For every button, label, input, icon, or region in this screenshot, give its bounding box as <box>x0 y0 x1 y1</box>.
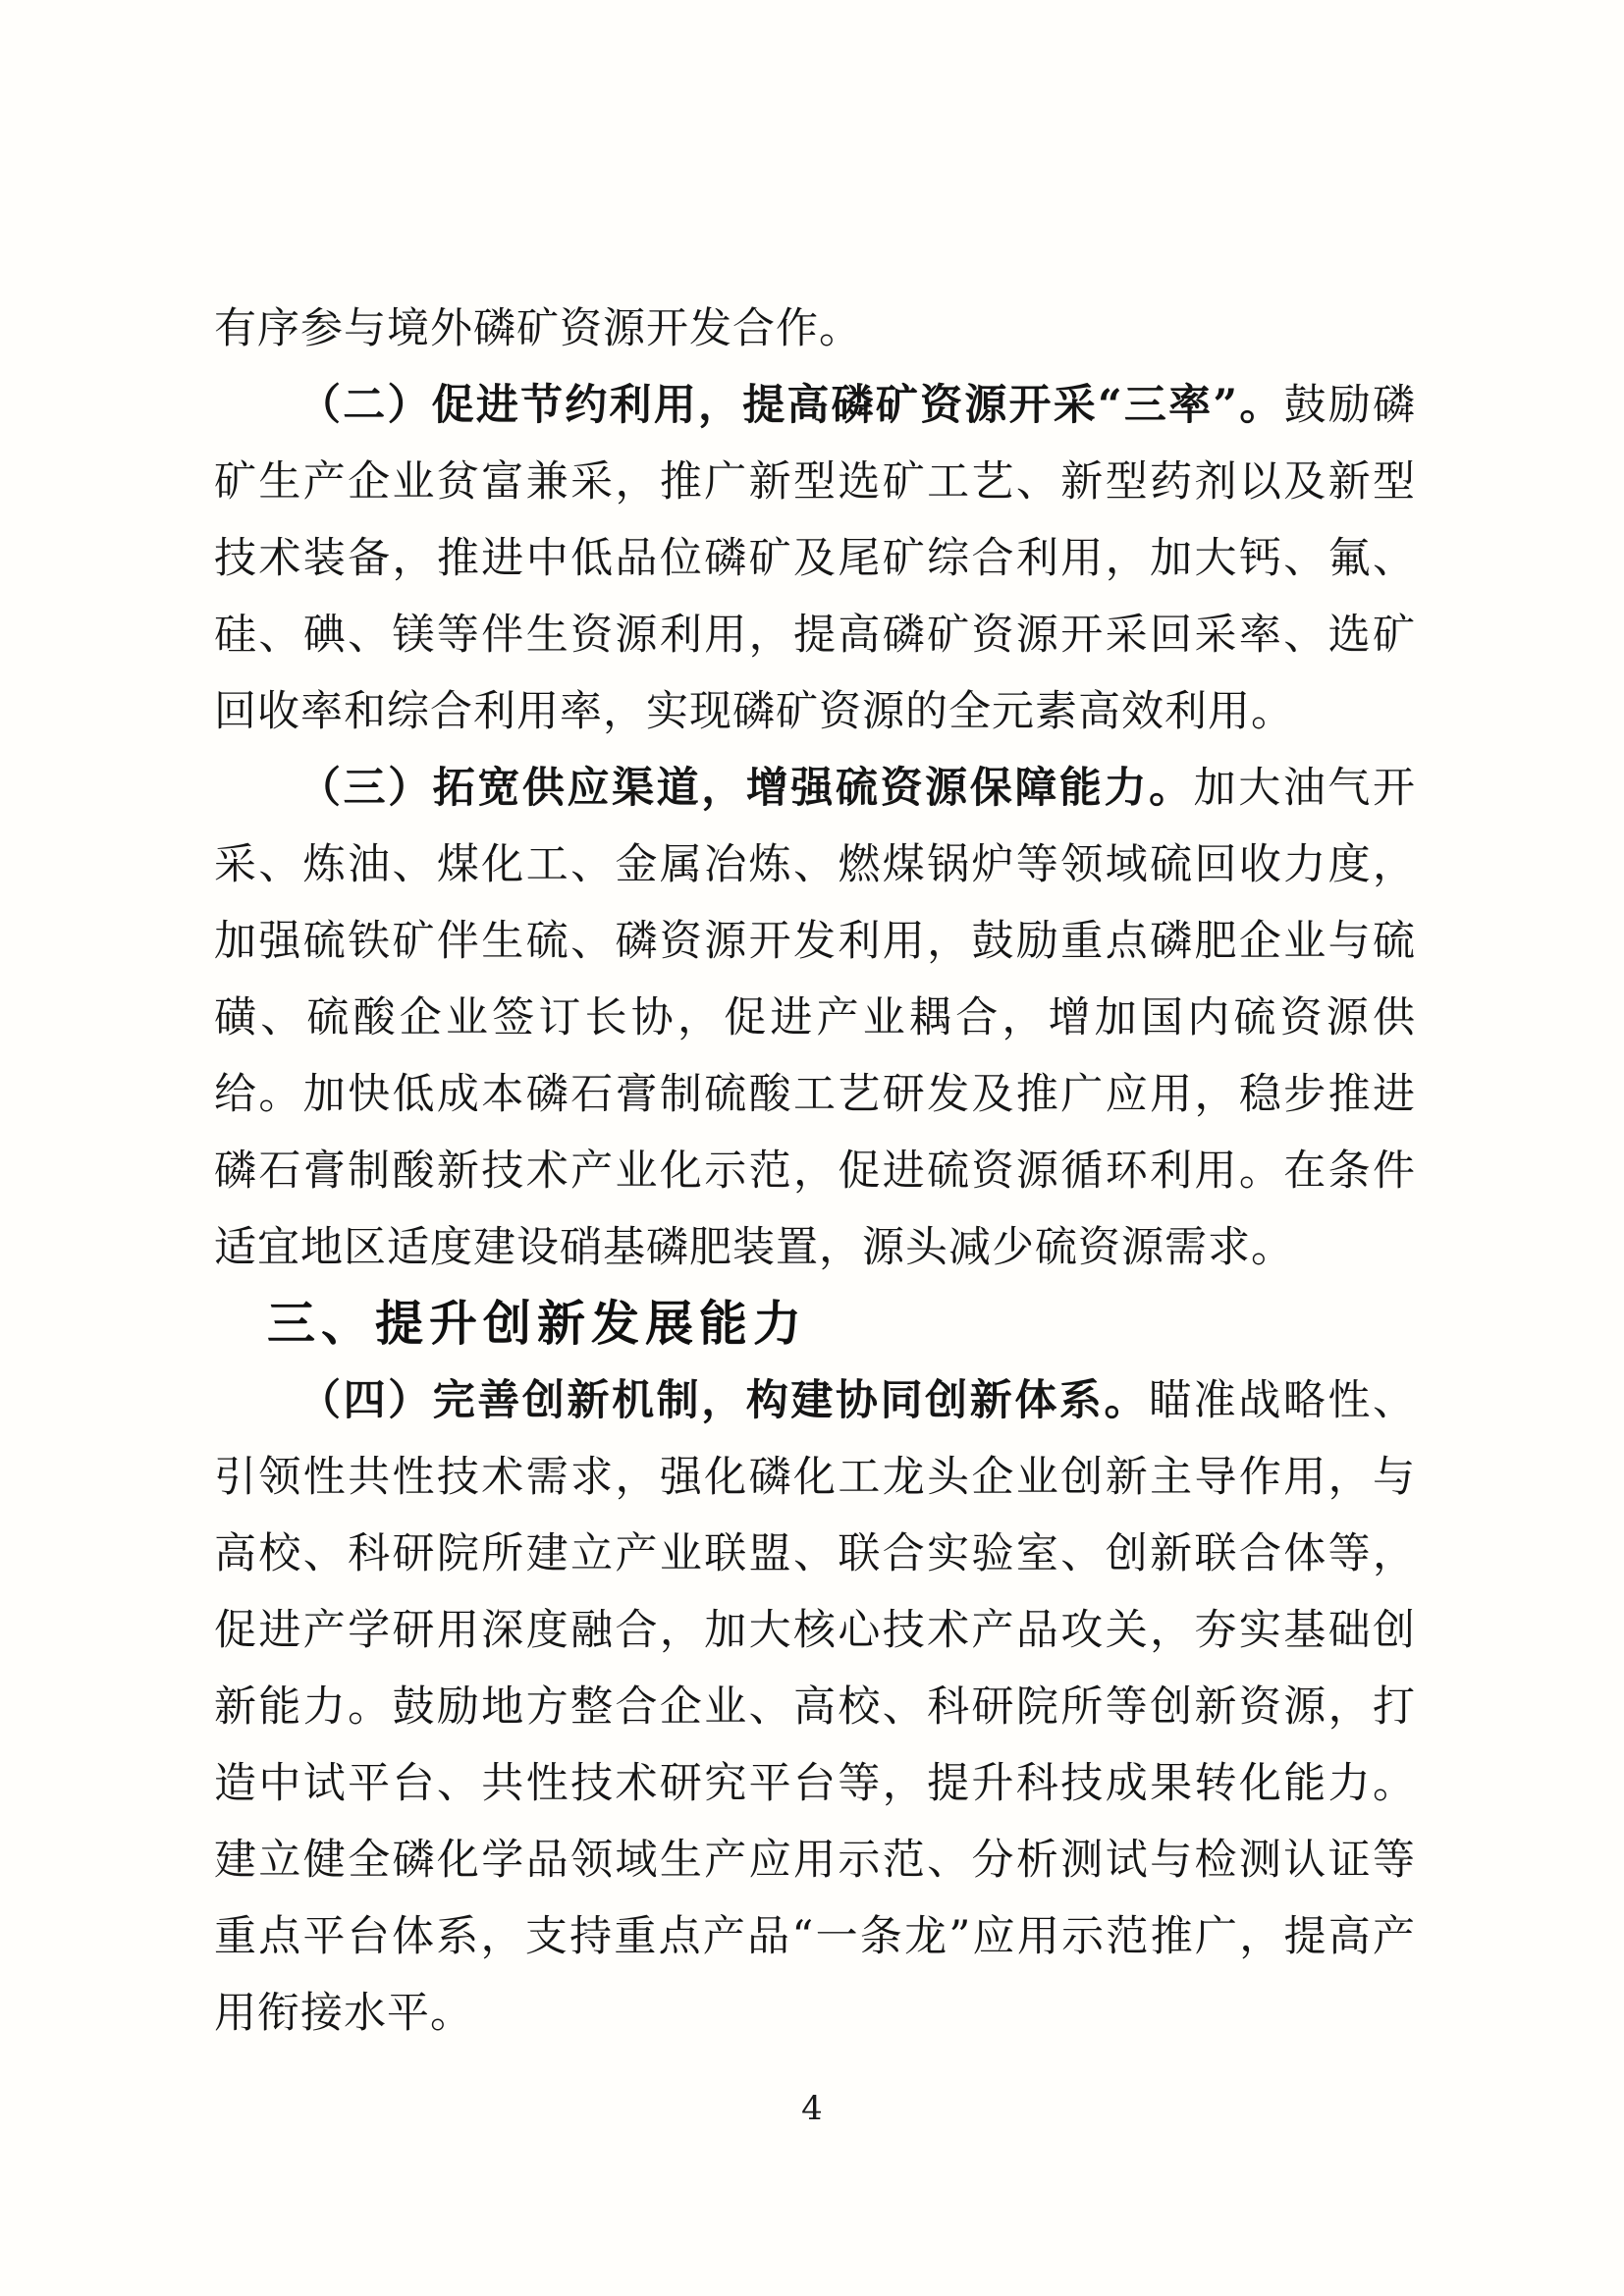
paragraph: （四）完善创新机制，构建协同创新体系。瞄准战略性、引领性共性技术需求，强化磷化工… <box>214 1362 1416 2052</box>
text-run: 有序参与境外磷矿资源开发合作。 <box>214 304 862 353</box>
page-number: 4 <box>801 2089 823 2128</box>
document-body: 有序参与境外磷矿资源开发合作。（二）促进节约利用，提高磷矿资源开采“三率”。鼓励… <box>214 291 1416 2052</box>
paragraph-lead-run: （四）完善创新机制，构建协同创新体系。 <box>298 1376 1149 1425</box>
text-run: 加大油气开采、炼油、煤化工、金属冶炼、燃煤锅炉等领域硫回收力度，加强硫铁矿伴生硫… <box>214 764 1416 1272</box>
paragraph-lead-run: （二）促进节约利用，提高磷矿资源开采“三率”。 <box>298 381 1284 430</box>
paragraph-lead-run: （三）拓宽供应渠道，增强硫资源保障能力。 <box>298 764 1194 813</box>
section-heading: 三、提升创新发展能力 <box>214 1286 1416 1362</box>
page-footer: 4 <box>0 2089 1624 2128</box>
document-page: 有序参与境外磷矿资源开发合作。（二）促进节约利用，提高磷矿资源开采“三率”。鼓励… <box>0 0 1624 2296</box>
paragraph: （二）促进节约利用，提高磷矿资源开采“三率”。鼓励磷矿生产企业贫富兼采，推广新型… <box>214 367 1416 750</box>
text-run: 瞄准战略性、引领性共性技术需求，强化磷化工龙头企业创新主导作用，与高校、科研院所… <box>214 1376 1416 2038</box>
text-run: 鼓励磷矿生产企业贫富兼采，推广新型选矿工艺、新型药剂以及新型技术装备，推进中低品… <box>214 381 1416 736</box>
paragraph: （三）拓宽供应渠道，增强硫资源保障能力。加大油气开采、炼油、煤化工、金属冶炼、燃… <box>214 750 1416 1286</box>
paragraph: 有序参与境外磷矿资源开发合作。 <box>214 291 1416 367</box>
